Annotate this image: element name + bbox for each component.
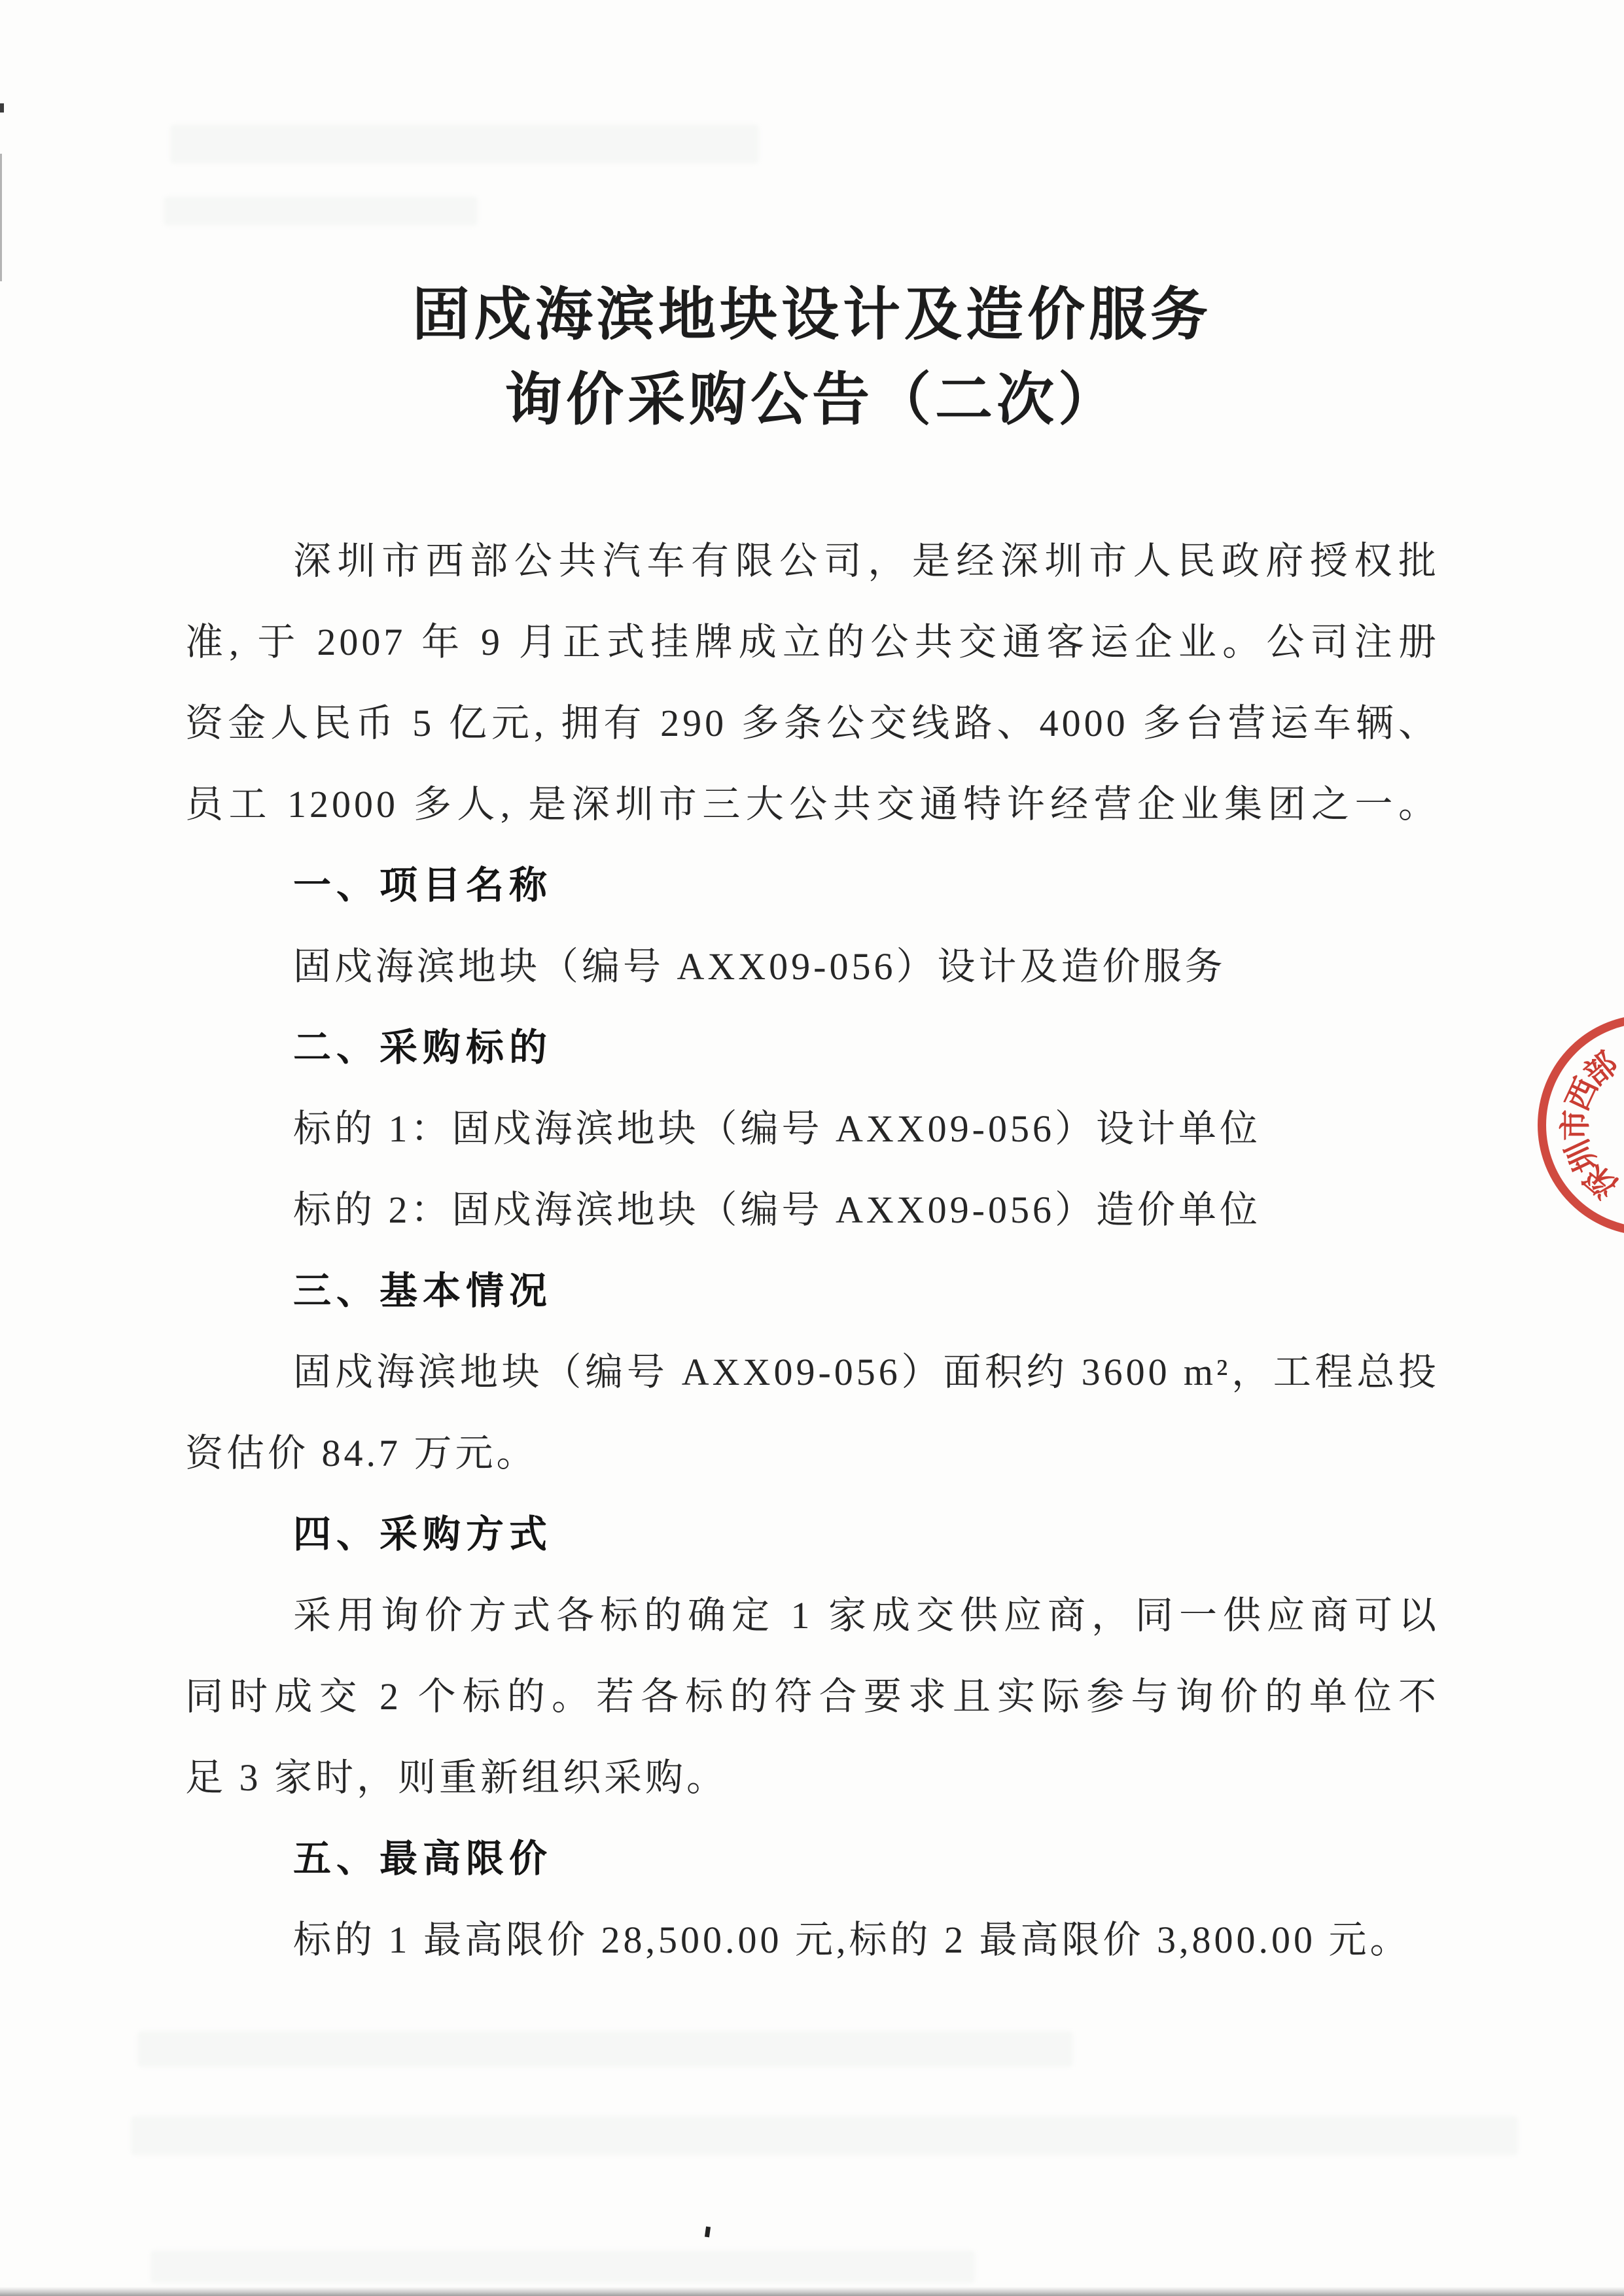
section-heading-1: 一、项目名称	[185, 845, 1439, 926]
scanned-document-page: 固戍海滨地块设计及造价服务 询价采购公告（二次） 深圳市西部公共汽车有限公司，是…	[0, 0, 1624, 2296]
intro-line: 准, 于 2007 年 9 月正式挂牌成立的公共交通客运企业。公司注册	[185, 602, 1439, 683]
document-title: 固戍海滨地块设计及造价服务 询价采购公告（二次）	[0, 273, 1624, 444]
intro-line: 员工 12000 多人, 是深圳市三大公共交通特许经营企业集团之一。	[185, 764, 1439, 845]
bleedthrough-ghost	[164, 196, 478, 226]
ink-speck	[705, 2227, 711, 2238]
bleedthrough-ghost	[131, 2116, 1518, 2155]
section-heading-4: 四、采购方式	[185, 1494, 1439, 1575]
section-4-line: 足 3 家时，则重新组织采购。	[185, 1737, 1439, 1818]
section-4-line: 采用询价方式各标的确定 1 家成交供应商，同一供应商可以	[185, 1575, 1439, 1656]
section-3-line: 固戍海滨地块（编号 AXX09-056）面积约 3600 m²，工程总投	[185, 1332, 1439, 1413]
bleedthrough-ghost	[150, 2250, 975, 2283]
intro-line: 资金人民币 5 亿元, 拥有 290 多条公交线路、4000 多台营运车辆、	[185, 683, 1439, 764]
scan-edge-shadow	[0, 2287, 1624, 2296]
section-heading-5: 五、最高限价	[185, 1818, 1439, 1900]
bleedthrough-ghost	[170, 124, 759, 164]
scan-speck	[0, 103, 4, 113]
section-2-line: 标的 1：固戍海滨地块（编号 AXX09-056）设计单位	[185, 1088, 1439, 1170]
section-heading-3: 三、基本情况	[185, 1251, 1439, 1332]
section-3-line: 资估价 84.7 万元。	[185, 1413, 1439, 1494]
section-4-line: 同时成交 2 个标的。若各标的符合要求且实际参与询价的单位不	[185, 1656, 1439, 1737]
intro-line: 深圳市西部公共汽车有限公司，是经深圳市人民政府授权批	[185, 521, 1439, 602]
title-line-2: 询价采购公告（二次）	[0, 358, 1624, 444]
title-line-1: 固戍海滨地块设计及造价服务	[0, 273, 1624, 358]
section-heading-2: 二、采购标的	[185, 1007, 1439, 1088]
section-2-line: 标的 2：固戍海滨地块（编号 AXX09-056）造价单位	[185, 1170, 1439, 1251]
document-body: 深圳市西部公共汽车有限公司，是经深圳市人民政府授权批 准, 于 2007 年 9…	[185, 521, 1439, 1981]
scan-edge-line	[0, 154, 2, 281]
section-1-line: 固戍海滨地块（编号 AXX09-056）设计及造价服务	[185, 926, 1439, 1007]
section-5-line: 标的 1 最高限价 28,500.00 元,标的 2 最高限价 3,800.00…	[185, 1900, 1439, 1981]
bleedthrough-ghost	[137, 2031, 1073, 2067]
